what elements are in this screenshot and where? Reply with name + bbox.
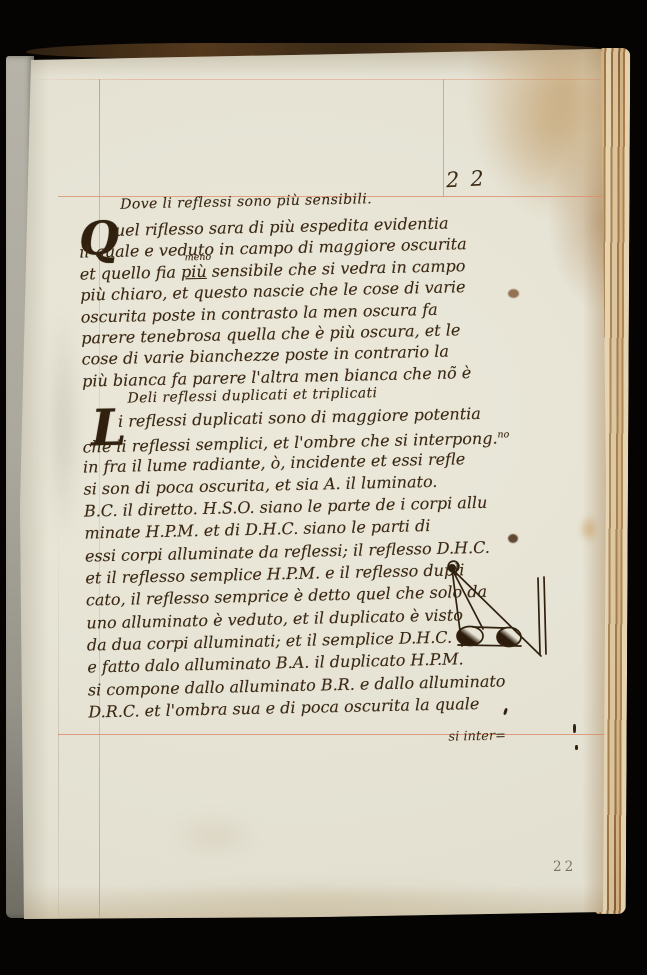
correction-superscript: meno	[185, 253, 212, 263]
wall-line-2	[544, 577, 546, 654]
manuscript-photo: 22 22 Dove li reflessi sono più sensibil…	[0, 0, 647, 975]
line-segment: et quello fia	[80, 262, 182, 283]
sphere-left	[457, 627, 483, 646]
corrected-word: più	[181, 262, 207, 282]
superscript-abbreviation: no	[497, 430, 509, 441]
book-page: 22 22 Dove li reflessi sono più sensibil…	[20, 46, 606, 920]
catchword: si inter=	[396, 728, 506, 745]
wall-line-1	[538, 578, 540, 654]
handwritten-text-block: Dove li reflessi sono più sensibili. Q u…	[11, 35, 616, 922]
interlinear-correction: menopiù	[181, 261, 207, 283]
sphere-right	[497, 628, 521, 647]
paragraph-reflections-sensible: uel riflesso sara di più espedita eviden…	[79, 212, 472, 392]
chapter-heading: Dove li reflessi sono più sensibili.	[120, 191, 372, 212]
reflection-diagram	[444, 558, 548, 662]
